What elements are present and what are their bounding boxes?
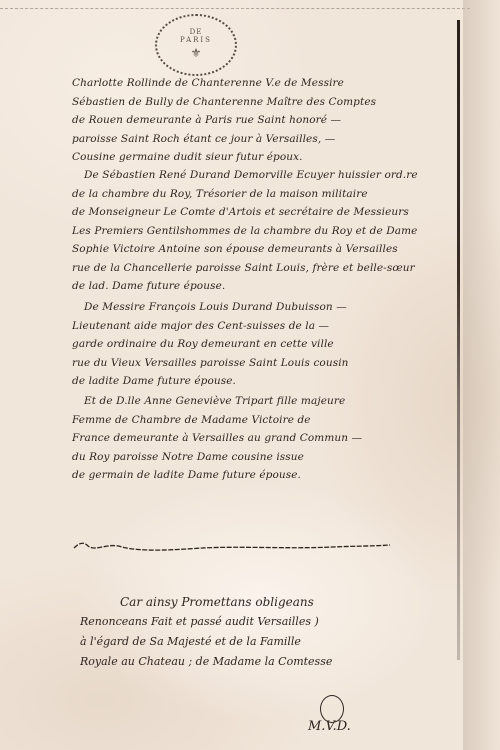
text-line: rue du Vieux Versailles paroisse Saint L… xyxy=(72,354,457,373)
text-line: Les Premiers Gentilshommes de la chambre… xyxy=(72,222,457,241)
text-line: garde ordinaire du Roy demeurant en cett… xyxy=(72,335,457,354)
paragraph-1: Charlotte Rollinde de Chanterenne V.e de… xyxy=(72,74,457,167)
text-line: de Monseigneur Le Comte d'Artois et secr… xyxy=(72,203,457,222)
fleur-de-lis-icon: ⚜ xyxy=(157,46,235,60)
text-line: Et de D.lle Anne Geneviève Tripart fille… xyxy=(72,392,457,411)
stamp-text-line2: PARIS xyxy=(157,36,235,44)
text-line: Femme de Chambre de Madame Victoire de xyxy=(72,411,457,430)
text-line: Charlotte Rollinde de Chanterenne V.e de… xyxy=(72,74,457,93)
stamp-text-line1: DE xyxy=(157,28,235,36)
binding-margin-line xyxy=(457,20,460,660)
page-top-edge xyxy=(0,0,470,9)
text-line: rue de la Chancellerie paroisse Saint Lo… xyxy=(72,259,457,278)
text-line: Royale au Chateau ; de Madame la Comtess… xyxy=(80,652,440,672)
text-line: Cousine germaine dudit sieur futur époux… xyxy=(72,148,457,167)
binding-shadow xyxy=(463,0,500,750)
text-line: paroisse Saint Roch étant ce jour à Vers… xyxy=(72,130,457,149)
paragraph-4: Et de D.lle Anne Geneviève Tripart fille… xyxy=(72,392,457,485)
text-line: de Rouen demeurante à Paris rue Saint ho… xyxy=(72,111,457,130)
text-line: de lad. Dame future épouse. xyxy=(72,277,457,296)
text-line: du Roy paroisse Notre Dame cousine issue xyxy=(72,448,457,467)
paris-seal-stamp: DE PARIS ⚜ xyxy=(155,14,237,76)
closing-formula: Car ainsy Promettans obligeans Renoncean… xyxy=(80,592,440,672)
text-line: Car ainsy Promettans obligeans xyxy=(80,592,440,612)
paragraph-3: De Messire François Louis Durand Dubuiss… xyxy=(72,298,457,391)
manuscript-page: DE PARIS ⚜ Charlotte Rollinde de Chanter… xyxy=(0,0,500,750)
text-line: de la chambre du Roy, Trésorier de la ma… xyxy=(72,185,457,204)
text-line: à l'égard de Sa Majesté et de la Famille xyxy=(80,632,440,652)
text-line: Lieutenant aide major des Cent-suisses d… xyxy=(72,317,457,336)
text-line: Renonceans Fait et passé audit Versaille… xyxy=(80,612,440,632)
text-line: France demeurante à Versailles au grand … xyxy=(72,429,457,448)
text-line: de ladite Dame future épouse. xyxy=(72,372,457,391)
paraph-initials: M.V.D. xyxy=(308,719,351,734)
text-line: De Sébastien René Durand Demorville Ecuy… xyxy=(72,166,457,185)
flourish-divider xyxy=(72,540,392,554)
text-line: De Messire François Louis Durand Dubuiss… xyxy=(72,298,457,317)
text-line: Sébastien de Bully de Chanterenne Maître… xyxy=(72,93,457,112)
text-line: de germain de ladite Dame future épouse. xyxy=(72,466,457,485)
paragraph-2: De Sébastien René Durand Demorville Ecuy… xyxy=(72,166,457,296)
text-line: Sophie Victoire Antoine son épouse demeu… xyxy=(72,240,457,259)
notary-paraph: M.V.D. xyxy=(308,695,368,745)
